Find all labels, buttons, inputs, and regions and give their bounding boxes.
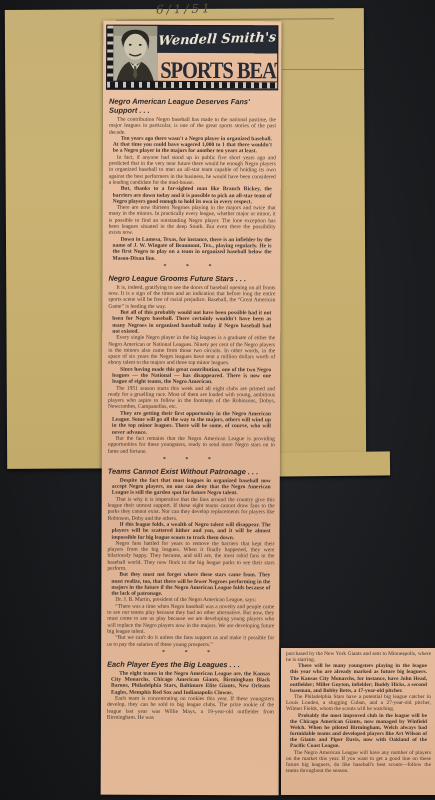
section-separator: * * * [108,456,275,465]
article-paragraph: They are getting their first opportunity… [112,410,271,436]
paper-crease [282,69,364,70]
article-paragraph: Negro fans battled for years to remove t… [107,541,274,573]
column-masthead: Wendell Smith's SPORTS BEAT [106,25,278,91]
script-title-band: Wendell Smith's [157,26,277,53]
article-paragraph: Probably the most improved club in the l… [290,713,427,750]
article-paragraph: “But we can't do it unless the fans supp… [107,635,274,648]
article-paragraph: Despite the fact that most leagues in or… [112,478,271,497]
article-paragraph: But they must not forget where these sta… [111,572,270,598]
article-paragraph: Down in Lamesa, Texas, for instance, the… [113,236,272,262]
article-paragraph: The contribution Negro baseball has made… [109,117,276,136]
article-paragraph: There are now thirteen Negroes playing i… [109,205,276,237]
newspaper-clipping-main: Wendell Smith's SPORTS BEAT Negro Americ… [101,21,282,796]
article-paragraph: It is, indeed, gratifying to see the doo… [108,285,275,311]
portrait-illustration [113,26,157,87]
article-paragraph: But, thanks to a far-sighted man like Br… [113,186,272,205]
article-paragraph: If this league folds, a wealth of Negro … [112,522,271,541]
article-paragraph: Ten years ago there wasn't a Negro playe… [113,136,272,155]
article-paragraph: “There was a time when Negro baseball wa… [107,603,274,635]
section-heading: Each Player Eyes the Big Leagues . . . [107,660,274,670]
article-paragraph: purchased by the New York Giants and sen… [286,651,431,663]
section-heading: Negro League Grooms Future Stars . . . [108,274,275,284]
section-separator: * * * [108,263,275,272]
article-paragraph: Every single Negro player in the big lea… [108,335,275,367]
masthead-titles: Wendell Smith's SPORTS BEAT [157,26,277,89]
masthead-script-title: Wendell Smith's [158,30,277,49]
article-paragraph: There will be many youngsters playing in… [290,663,427,694]
article-paragraph: Each team is concentrating on rookies th… [107,696,274,722]
article-column-left: Negro American League Deserves Fans' Sup… [101,93,281,722]
article-paragraph: The 1951 season starts this week and all… [108,385,275,411]
section-separator: * * * [107,649,274,658]
section-heading: Negro American League Deserves Fans' Sup… [109,97,276,116]
section-heading: Teams Cannot Exist Without Patronage . .… [108,467,275,477]
wendell-smith-photo [113,26,157,89]
handwritten-date: 6/1/51 [156,1,213,16]
article-paragraph: But the fact remains that the Negro Amer… [108,436,275,455]
article-paragraph: The eight teams in the Negro American Le… [111,671,270,697]
article-paragraph: In fact, if anyone had stood up in publi… [109,154,276,186]
newspaper-clipping-right: purchased by the New York Giants and sen… [281,648,435,795]
article-paragraph: But all of this probably would not have … [112,310,271,336]
article-paragraph: The Negro American League will have any … [286,750,431,775]
article-paragraph: That is why it is imperative that the fa… [108,496,275,522]
article-paragraph: The Philadelphia Stars have a potential … [286,694,431,712]
scrapbook-scan: 6/1/51 Wen [0,0,435,800]
article-column-right: purchased by the New York Giants and sen… [281,648,435,774]
article-paragraph: Since having made this great contributio… [112,366,271,385]
backing-paper-edge [268,451,390,476]
filmstrip-perforation-icon [107,81,277,90]
